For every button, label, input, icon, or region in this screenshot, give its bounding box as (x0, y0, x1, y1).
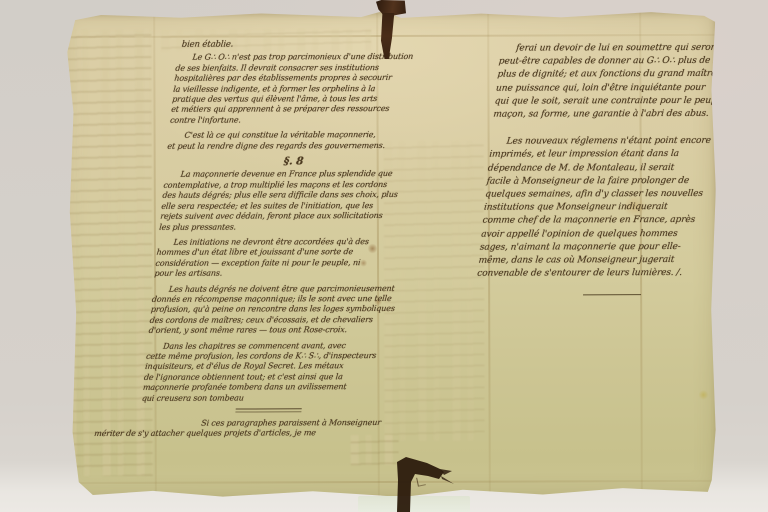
manuscript-line: comme chef de la maçonnerie en France, a… (482, 214, 711, 228)
manuscript-line: les plus pressantes. (159, 222, 388, 233)
manuscript-line: peut-être capables de donner au G∴ O∴ pl… (498, 55, 727, 69)
manuscript-line: avoir appellé l'opinion de quelques homm… (480, 228, 709, 242)
manuscript-paragraph: Les nouveaux réglemens n'étant point enc… (476, 135, 719, 281)
right-column-divider-rule (583, 295, 641, 298)
manuscript-line: Les nouveaux réglemens n'étant point enc… (506, 135, 719, 149)
left-paragraphs-bottom: La maçonnerie devenue en France plus spl… (141, 169, 393, 403)
closing-lines: Si ces paragraphes paraissent à Monseign… (138, 418, 368, 440)
manuscript-line: Les initiations ne devront être accordée… (173, 237, 386, 248)
manuscript-line: quelques semaines, afin d'y classer les … (485, 188, 714, 202)
manuscript-line: La maçonnerie devenue en France plus spl… (180, 169, 393, 180)
manuscript-line: contre l'infortune. (169, 115, 398, 126)
manuscript-line: mériter de s'y attacher quelques projets… (94, 428, 367, 439)
manuscript-paragraph: C'est là ce qui constitue la véritable m… (167, 130, 397, 152)
manuscript-line: hommes d'un état libre et jouissant d'un… (156, 247, 385, 258)
manuscript-line: des hauts dégrés; plus elle sera diffici… (162, 190, 391, 201)
manuscript-line: pratique des vertus qui élèvent l'âme, à… (172, 94, 401, 105)
ink-mark (416, 476, 426, 486)
manuscript-line: convenable de s'entourer de leurs lumièr… (476, 267, 705, 281)
right-paragraphs: ferai un devoir de lui en soumettre qui … (476, 42, 728, 281)
manuscript-line: Si ces paragraphes paraissent à Monseign… (201, 418, 368, 429)
manuscript-line: rejets suivent avec dédain, feront place… (160, 211, 389, 222)
manuscript-line: ferai un devoir de lui en soumettre qui … (515, 42, 728, 56)
left-paragraphs-top: Le G∴ O∴ n'est pas trop parcimonieux d'u… (167, 52, 405, 151)
ghost-text-gutter (384, 141, 485, 441)
manuscript-line: contemplative, a trop multiplié les maço… (163, 180, 392, 191)
manuscript-line: même, dans le cas où Monseigneur jugerai… (478, 254, 707, 268)
manuscript-line: la vieillesse indigente, et à former les… (173, 84, 402, 95)
manuscript-line: qui que le soit, serait une contrainte p… (494, 95, 723, 109)
manuscript-line: et peut la rendre digne des regards des … (167, 141, 396, 152)
manuscript-line: facile à Monseigneur de la faire prolong… (486, 175, 715, 189)
manuscript-line: donnés en récompense maçonnique; ils le … (151, 294, 380, 305)
manuscript-line: de ses bienfaits. Il devrait consacrer s… (175, 63, 404, 74)
manuscript-line: et métiers qui apprennent à se préparer … (171, 104, 400, 115)
manuscript-line: sages, n'aimant la maçonnerie que pour e… (479, 241, 708, 255)
manuscript-line: pour les artisans. (154, 268, 383, 279)
manuscript-line: profusion, qu'à peine on rencontre dans … (150, 304, 379, 315)
manuscript-line: Le G∴ O∴ n'est pas trop parcimonieux d'u… (192, 52, 405, 63)
manuscript-paragraph: ferai un devoir de lui en soumettre qui … (493, 42, 729, 122)
manuscript-line: inquisiteurs, et d'élus de Royal Secret.… (144, 361, 373, 372)
manuscript-line: d'orient, y sont même rares — tous ont R… (148, 325, 377, 336)
manuscript-line: plus de dignité; et aux fonctions du gra… (497, 68, 726, 82)
manuscript-line: C'est là ce qui constitue la véritable m… (184, 130, 397, 141)
section-header: §. 8 (283, 156, 394, 167)
manuscript-paragraph: Le G∴ O∴ n'est pas trop parcimonieux d'u… (169, 52, 404, 126)
manuscript-line: maçonnerie profanée tombera dans un avil… (142, 382, 371, 393)
manuscript-paragraph: Dans les chapitres se commencent avant, … (141, 341, 375, 404)
manuscript-sheet: bien établie. Le G∴ O∴ n'est pas trop pa… (61, 10, 717, 498)
manuscript-line: Les hauts dégrés ne doivent être que par… (168, 284, 381, 295)
binding-ribbon-bottom (384, 438, 476, 512)
manuscript-paragraph: La maçonnerie devenue en France plus spl… (159, 169, 393, 232)
manuscript-line: elle sera respectée; et les suites de l'… (161, 201, 390, 212)
manuscript-line: institutions que Monseigneur indiquerait (483, 201, 712, 215)
manuscript-paragraph: Les hauts dégrés ne doivent être que par… (148, 284, 381, 337)
manuscript-line: imprimés, et leur impression étant dans … (489, 148, 718, 162)
salutation: bien établie. (181, 39, 406, 50)
manuscript-line: cette même profusion, les cordons de K∴ … (146, 351, 375, 362)
manuscript-line: dépendance de M. de Montaleau, il serait (487, 161, 716, 175)
manuscript-paragraph: Les initiations ne devront être accordée… (154, 237, 386, 279)
manuscript-line: maçon, sa forme, une garantie à l'abri d… (493, 108, 722, 122)
left-column-divider-rule (235, 408, 301, 412)
manuscript-line: considération — exception faite ni pour … (155, 258, 384, 269)
manuscript-photo: bien établie. Le G∴ O∴ n'est pas trop pa… (0, 0, 768, 512)
manuscript-line: une puissance qui, loin d'être inquiétan… (495, 81, 724, 95)
right-text-column: ferai un devoir de lui en soumettre qui … (475, 42, 729, 298)
left-text-column: bien établie. Le G∴ O∴ n'est pas trop pa… (138, 39, 407, 440)
manuscript-line: Dans les chapitres se commencent avant, … (163, 341, 376, 352)
manuscript-line: de l'ignorance obtiennent tout; et c'est… (143, 372, 372, 383)
manuscript-line: hospitalières par des établissements pro… (174, 73, 403, 84)
stain-spot (698, 390, 708, 400)
manuscript-line: qui creusera son tombeau (141, 393, 370, 404)
